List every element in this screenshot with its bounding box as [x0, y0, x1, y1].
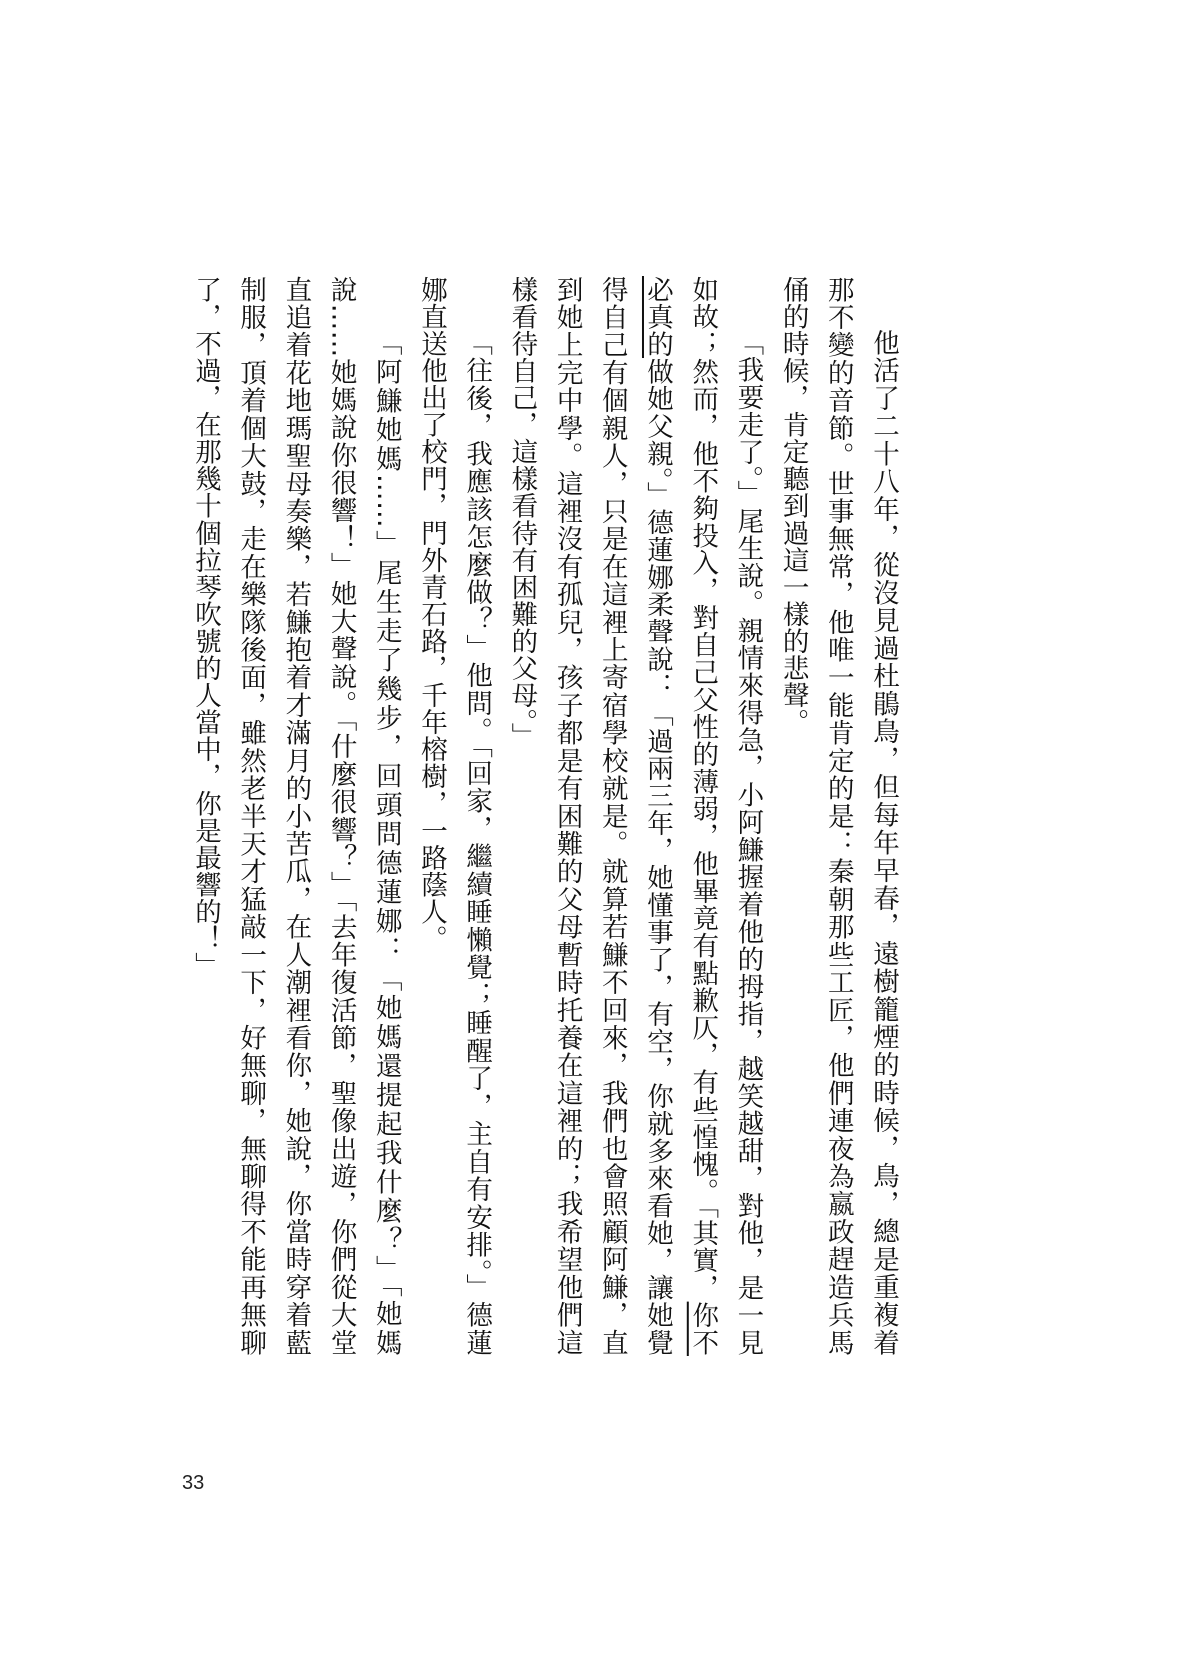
paragraph-2: 「我要走了。」尾生說。親情來得急，小阿鰜握着他的拇指，越笑越甜，對他，是一見如故…	[499, 276, 770, 1356]
book-page: 他活了二十八年，從沒見過杜鵑鳥，但每年早春，遠樹籠煙的時候，鳥，總是重複着那不變…	[0, 0, 1182, 1654]
paragraph-1: 他活了二十八年，從沒見過杜鵑鳥，但每年早春，遠樹籠煙的時候，鳥，總是重複着那不變…	[770, 276, 906, 1356]
paragraph-2-part-a: 「我要走了。」尾生說。親情來得急，小阿鰜握着他的拇指，越笑越甜，對他，是一見如故…	[687, 276, 763, 1356]
paragraph-4: 「阿鰜她媽……」尾生走了幾步，回頭問德蓮娜：「她媽還提起我什麼？」「她媽說……她…	[186, 276, 409, 1356]
paragraph-3: 「往後，我應該怎麼做？」他問。「回家，繼續睡懶覺；睡醒了，主自有安排。」德蓮娜直…	[409, 276, 499, 1356]
vertical-text-body: 他活了二十八年，從沒見過杜鵑鳥，但每年早春，遠樹籠煙的時候，鳥，總是重複着那不變…	[186, 276, 906, 1356]
page-number: 33	[182, 1472, 204, 1495]
paragraph-2-part-b: 做她父親。」德蓮娜柔聲說：「過兩三年，她懂事了，有空，你就多來看她，讓她覺得自己…	[506, 276, 673, 1356]
